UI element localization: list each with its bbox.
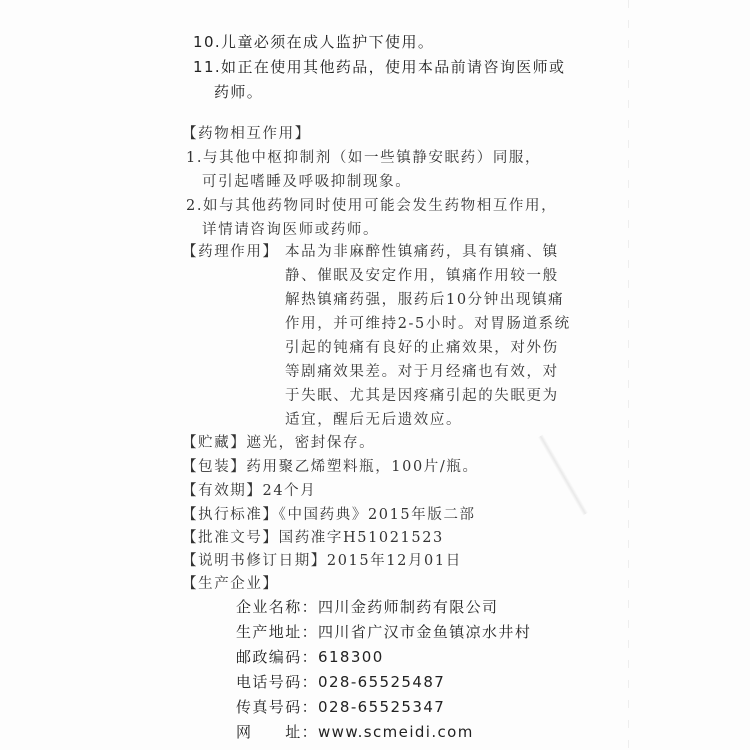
manufacturer-heading: 【生产企业】 <box>182 574 279 594</box>
pharmacology-line: 静、催眠及安定作用，镇痛作用较一般 <box>285 266 559 286</box>
pharmacology-line: 引起的钝痛有良好的止痛效果，对外伤 <box>285 338 559 358</box>
field-value: www.scmeidi.com <box>318 723 474 741</box>
field-value: 618300 <box>318 648 384 666</box>
field-label: 传真号码： <box>236 698 318 716</box>
paper-fold-line <box>628 0 629 750</box>
standard-row: 【执行标准】《中国药典》2015年版二部 <box>182 505 476 525</box>
revision-value: 2015年12月01日 <box>327 553 462 569</box>
precaution-item-11: 11.如正在使用其他药品，使用本品前请咨询医师或 <box>193 57 565 77</box>
interactions-heading: 【药物相互作用】 <box>182 124 311 144</box>
field-label: 企业名称： <box>236 598 318 616</box>
field-value: 四川省广汉市金鱼镇凉水井村 <box>318 623 531 641</box>
manufacturer-fax-row: 传真号码：028-65525347 <box>236 697 445 717</box>
interaction-item-2-cont: 详情请咨询医师或药师。 <box>202 220 379 240</box>
package-value: 药用聚乙烯塑料瓶，100片/瓶。 <box>246 459 478 475</box>
approval-heading: 【批准文号】 <box>182 530 279 546</box>
expiry-heading: 【有效期】 <box>182 483 263 499</box>
manufacturer-address-row: 生产地址：四川省广汉市金鱼镇凉水井村 <box>236 622 531 642</box>
expiry-value: 24个月 <box>263 483 317 499</box>
field-label: 网 址： <box>236 723 318 741</box>
field-value: 028-65525347 <box>318 698 445 716</box>
pharmacology-line: 等剧痛效果差。对于月经痛也有效，对 <box>285 362 559 382</box>
manufacturer-phone-row: 电话号码：028-65525487 <box>236 672 445 692</box>
revision-row: 【说明书修订日期】2015年12月01日 <box>182 551 462 571</box>
field-label: 生产地址： <box>236 623 318 641</box>
approval-value: 国药准字H51021523 <box>279 530 444 546</box>
storage-value: 遮光，密封保存。 <box>246 435 375 451</box>
storage-row: 【贮藏】遮光，密封保存。 <box>182 433 375 453</box>
storage-heading: 【贮藏】 <box>182 435 246 451</box>
precaution-item-11-cont: 药师。 <box>214 82 263 102</box>
field-label: 电话号码： <box>236 673 318 691</box>
package-row: 【包装】药用聚乙烯塑料瓶，100片/瓶。 <box>182 457 479 477</box>
interaction-item-2: 2.如与其他药物同时使用可能会发生药物相互作用， <box>186 196 557 216</box>
standard-heading: 【执行标准】 <box>182 507 279 523</box>
pharmacology-line: 于失眠、尤其是因疼痛引起的失眠更为 <box>285 386 559 406</box>
precaution-item-10: 10.儿童必须在成人监护下使用。 <box>193 32 434 52</box>
pharmacology-line: 作用，并可维持2-5小时。对胃肠道系统 <box>285 314 571 334</box>
field-label: 邮政编码： <box>236 648 318 666</box>
expiry-row: 【有效期】24个月 <box>182 481 316 501</box>
field-value: 028-65525487 <box>318 673 445 691</box>
pharmacology-line: 适宜，醒后无后遗效应。 <box>285 410 462 430</box>
pharmacology-heading: 【药理作用】 <box>182 242 279 262</box>
interaction-item-1: 1.与其他中枢抑制剂（如一些镇静安眠药）同服， <box>186 148 541 168</box>
paper-crease <box>538 435 588 516</box>
manufacturer-website-row: 网 址：www.scmeidi.com <box>236 722 474 742</box>
field-value: 四川金药师制药有限公司 <box>318 598 498 616</box>
interaction-item-1-cont: 可引起嗜睡及呼吸抑制现象。 <box>202 172 411 192</box>
manufacturer-postcode-row: 邮政编码：618300 <box>236 647 384 667</box>
pharmacology-line: 解热镇痛药强，服药后10分钟出现镇痛 <box>285 290 564 310</box>
revision-heading: 【说明书修订日期】 <box>182 553 327 569</box>
pharmacology-line: 本品为非麻醉性镇痛药，具有镇痛、镇 <box>285 242 559 262</box>
manufacturer-name-row: 企业名称：四川金药师制药有限公司 <box>236 597 498 617</box>
package-heading: 【包装】 <box>182 459 246 475</box>
standard-value: 《中国药典》2015年版二部 <box>279 507 476 523</box>
approval-row: 【批准文号】国药准字H51021523 <box>182 528 444 548</box>
